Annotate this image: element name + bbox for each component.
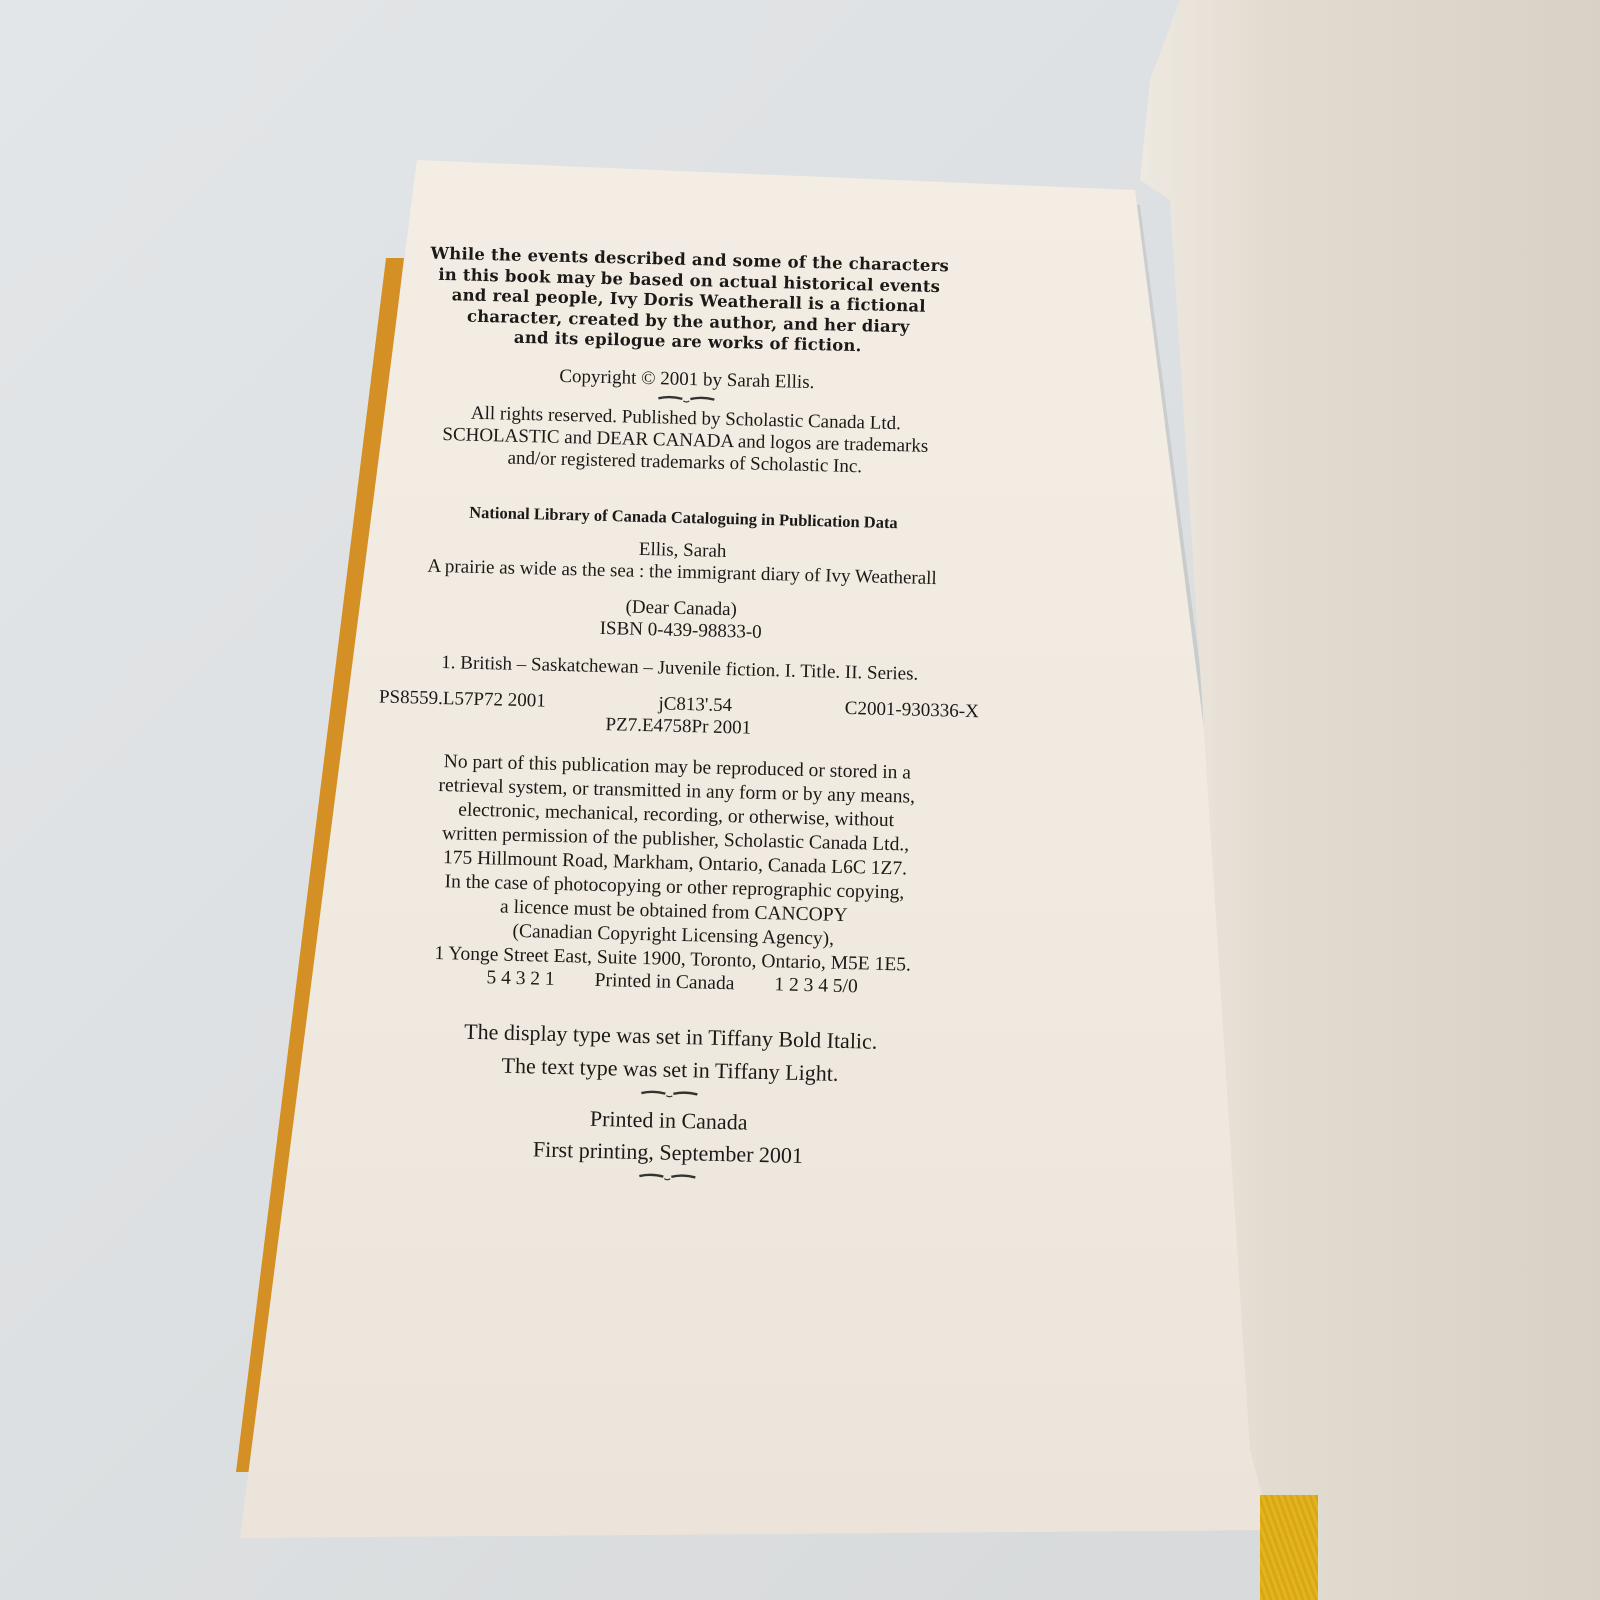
print-line-right: 1 2 3 4 5/0 — [774, 974, 858, 998]
ornament-divider-icon — [656, 393, 716, 404]
cip-number: C2001-930336-X — [845, 697, 980, 722]
ornament-divider-icon — [639, 1088, 699, 1099]
bookmark-ribbon — [1260, 1495, 1318, 1600]
cip-lc-class: PS8559.L57P72 2001 — [379, 686, 546, 712]
cip-dewey-class: jC813'.54 — [658, 693, 732, 717]
fiction-disclaimer: While the events described and some of t… — [388, 243, 990, 360]
rights-block: All rights reserved. Published by Schola… — [245, 397, 1126, 484]
print-line-center: Printed in Canada — [594, 969, 734, 994]
ornament-divider-icon — [637, 1170, 697, 1181]
copyright-page-text: While the events described and some of t… — [224, 239, 1129, 1310]
cip-subjects: 1. British – Saskatchewan – Juvenile fic… — [240, 647, 1120, 690]
print-line-left: 5 4 3 2 1 — [486, 967, 555, 991]
legal-notice: No part of this publication may be repro… — [233, 745, 1118, 982]
printing-info: Printed in Canada First printing, Septem… — [228, 1093, 1109, 1178]
colophon: The display type was set in Tiffany Bold… — [230, 1009, 1111, 1096]
book-photo: While the events described and some of t… — [0, 0, 1600, 1600]
